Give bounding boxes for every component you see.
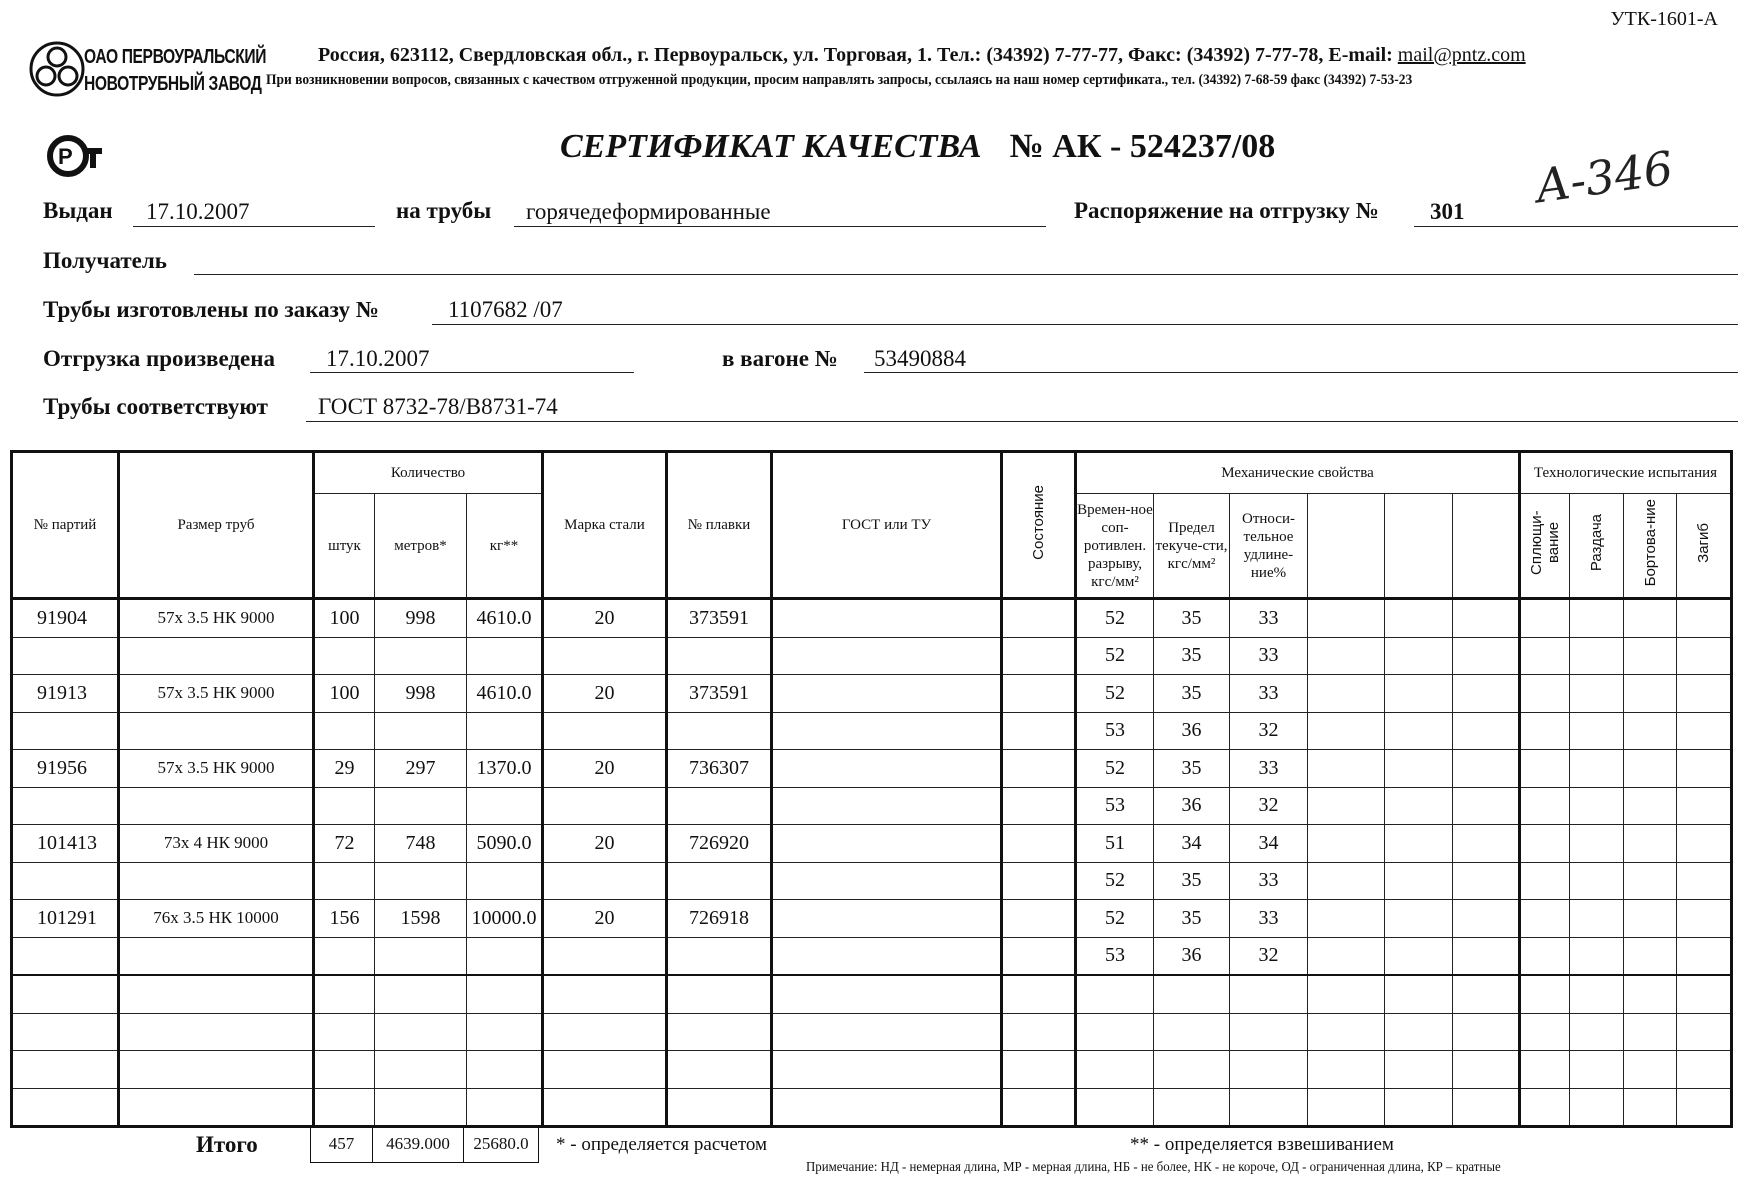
cell-size xyxy=(119,862,314,900)
cell-e3 xyxy=(1453,712,1520,750)
cell-cond xyxy=(1002,900,1076,938)
header-meters: метров* xyxy=(375,494,467,599)
wagon-label: в вагоне № xyxy=(722,346,838,372)
header-empty xyxy=(1308,494,1385,599)
cell-e3 xyxy=(1453,1051,1520,1089)
cell-elong: 33 xyxy=(1230,675,1308,713)
cell-tensile: 53 xyxy=(1076,712,1154,750)
cell-kg: 4610.0 xyxy=(467,675,543,713)
cell-kg: 1370.0 xyxy=(467,750,543,788)
cell-pcs xyxy=(314,1088,375,1127)
cell-t1 xyxy=(1520,862,1570,900)
issued-label: Выдан xyxy=(43,198,113,224)
cell-t4 xyxy=(1677,637,1732,675)
cell-yield: 35 xyxy=(1154,750,1230,788)
cell-t3 xyxy=(1624,1051,1677,1089)
cell-gost xyxy=(772,937,1002,975)
cell-batch xyxy=(12,787,119,825)
cell-pcs xyxy=(314,975,375,1013)
cell-heat: 726920 xyxy=(667,825,772,863)
cell-meters xyxy=(375,1088,467,1127)
cell-heat xyxy=(667,975,772,1013)
made-by-order-field[interactable]: 1107682 /07 xyxy=(448,297,563,323)
cell-meters xyxy=(375,787,467,825)
cell-t4 xyxy=(1677,975,1732,1013)
footnote-calculated: * - определяется расчетом xyxy=(556,1134,767,1156)
header-pcs: штук xyxy=(314,494,375,599)
cell-tensile: 52 xyxy=(1076,900,1154,938)
cell-t1 xyxy=(1520,675,1570,713)
cell-t1 xyxy=(1520,975,1570,1013)
cell-heat xyxy=(667,862,772,900)
cell-t2 xyxy=(1570,975,1624,1013)
cell-e1 xyxy=(1308,862,1385,900)
header-size: Размер труб xyxy=(119,452,314,599)
cell-batch: 91913 xyxy=(12,675,119,713)
cell-tensile: 51 xyxy=(1076,825,1154,863)
cell-batch: 101413 xyxy=(12,825,119,863)
cell-yield: 36 xyxy=(1154,712,1230,750)
cell-t1 xyxy=(1520,787,1570,825)
cell-e2 xyxy=(1385,712,1453,750)
table-row: 9191357x 3.5 НК 90001009984610.020373591… xyxy=(12,675,1732,713)
cell-e1 xyxy=(1308,825,1385,863)
pipes-label: на трубы xyxy=(396,198,491,224)
cell-size: 73x 4 НК 9000 xyxy=(119,825,314,863)
cell-e2 xyxy=(1385,825,1453,863)
cell-cond xyxy=(1002,675,1076,713)
cell-t2 xyxy=(1570,637,1624,675)
cell-gost xyxy=(772,900,1002,938)
cell-pcs xyxy=(314,937,375,975)
cell-cond xyxy=(1002,862,1076,900)
cell-t3 xyxy=(1624,825,1677,863)
table-row: 523533 xyxy=(12,862,1732,900)
cell-elong: 33 xyxy=(1230,750,1308,788)
cell-t2 xyxy=(1570,1051,1624,1089)
cell-yield: 35 xyxy=(1154,599,1230,638)
cell-e2 xyxy=(1385,1088,1453,1127)
cell-steel: 20 xyxy=(543,599,667,638)
cell-kg xyxy=(467,787,543,825)
cell-batch xyxy=(12,937,119,975)
pntz-logo-icon xyxy=(28,40,86,98)
cell-pcs xyxy=(314,712,375,750)
cell-e1 xyxy=(1308,900,1385,938)
cell-e1 xyxy=(1308,1051,1385,1089)
cell-kg xyxy=(467,1051,543,1089)
cell-size: 57x 3.5 НК 9000 xyxy=(119,750,314,788)
cell-t3 xyxy=(1624,750,1677,788)
cell-t3 xyxy=(1624,599,1677,638)
cell-e3 xyxy=(1453,862,1520,900)
cell-yield xyxy=(1154,975,1230,1013)
header-heat: № плавки xyxy=(667,452,772,599)
cell-e2 xyxy=(1385,1051,1453,1089)
header-elongation: Относи-тельное удлине-ние% xyxy=(1230,494,1308,599)
conform-label: Трубы соответствуют xyxy=(43,394,268,420)
conform-field[interactable]: ГОСТ 8732-78/В8731-74 xyxy=(318,394,558,420)
cell-t4 xyxy=(1677,1088,1732,1127)
cell-size xyxy=(119,1013,314,1051)
footnote-note: Примечание: НД - немерная длина, МР - ме… xyxy=(806,1160,1501,1176)
cell-t4 xyxy=(1677,599,1732,638)
cell-t1 xyxy=(1520,637,1570,675)
cell-kg: 10000.0 xyxy=(467,900,543,938)
cell-steel xyxy=(543,1088,667,1127)
cell-steel xyxy=(543,637,667,675)
footnote-weighed: ** - определяется взвешиванием xyxy=(1130,1134,1394,1156)
cell-batch xyxy=(12,975,119,1013)
cell-t3 xyxy=(1624,937,1677,975)
cell-steel xyxy=(543,975,667,1013)
cell-size xyxy=(119,637,314,675)
cell-t1 xyxy=(1520,937,1570,975)
form-code: УТК-1601-А xyxy=(1611,8,1718,31)
cell-t2 xyxy=(1570,1088,1624,1127)
cell-t1 xyxy=(1520,825,1570,863)
cell-t2 xyxy=(1570,712,1624,750)
cell-cond xyxy=(1002,1051,1076,1089)
total-meters: 4639.000 xyxy=(373,1126,464,1163)
header-empty xyxy=(1385,494,1453,599)
cell-size xyxy=(119,712,314,750)
cell-pcs: 100 xyxy=(314,675,375,713)
cell-elong xyxy=(1230,1088,1308,1127)
cell-cond xyxy=(1002,975,1076,1013)
cell-kg xyxy=(467,1088,543,1127)
cell-elong xyxy=(1230,975,1308,1013)
cell-kg xyxy=(467,975,543,1013)
cell-steel: 20 xyxy=(543,750,667,788)
cell-meters: 998 xyxy=(375,599,467,638)
cell-elong: 33 xyxy=(1230,862,1308,900)
cell-elong: 33 xyxy=(1230,900,1308,938)
cell-t4 xyxy=(1677,900,1732,938)
cell-t2 xyxy=(1570,750,1624,788)
cell-e3 xyxy=(1453,599,1520,638)
cell-t3 xyxy=(1624,900,1677,938)
cell-tensile xyxy=(1076,1088,1154,1127)
cell-heat: 373591 xyxy=(667,599,772,638)
cell-pcs: 29 xyxy=(314,750,375,788)
cell-heat xyxy=(667,1088,772,1127)
cell-batch xyxy=(12,712,119,750)
cell-elong: 32 xyxy=(1230,712,1308,750)
header-steel: Марка стали xyxy=(543,452,667,599)
cell-gost xyxy=(772,750,1002,788)
cell-t4 xyxy=(1677,750,1732,788)
cell-e2 xyxy=(1385,675,1453,713)
svg-text:P: P xyxy=(58,144,73,169)
cell-e1 xyxy=(1308,637,1385,675)
cell-heat xyxy=(667,787,772,825)
cell-e3 xyxy=(1453,637,1520,675)
cell-e3 xyxy=(1453,1088,1520,1127)
cell-e2 xyxy=(1385,599,1453,638)
recipient-label: Получатель xyxy=(43,248,167,274)
header-tensile: Времен-ное соп-ротивлен. разрыву, кгс/мм… xyxy=(1076,494,1154,599)
cell-size: 57x 3.5 НК 9000 xyxy=(119,675,314,713)
cell-t1 xyxy=(1520,599,1570,638)
table-row xyxy=(12,1013,1732,1051)
cell-batch xyxy=(12,637,119,675)
cell-gost xyxy=(772,825,1002,863)
cell-batch: 101291 xyxy=(12,900,119,938)
company-address: Россия, 623112, Свердловская обл., г. Пе… xyxy=(318,44,1526,67)
table-row: 10141373x 4 НК 9000727485090.02072692051… xyxy=(12,825,1732,863)
cell-cond xyxy=(1002,937,1076,975)
cell-t3 xyxy=(1624,862,1677,900)
cell-size xyxy=(119,1088,314,1127)
cell-meters xyxy=(375,975,467,1013)
cell-t2 xyxy=(1570,1013,1624,1051)
cell-e3 xyxy=(1453,675,1520,713)
pipes-field[interactable]: горячедеформированные xyxy=(526,199,771,225)
cell-tensile: 53 xyxy=(1076,787,1154,825)
totals-label: Итого xyxy=(196,1132,258,1158)
cell-batch: 91956 xyxy=(12,750,119,788)
cell-steel xyxy=(543,937,667,975)
table-row: 533632 xyxy=(12,712,1732,750)
cell-gost xyxy=(772,1088,1002,1127)
cell-kg xyxy=(467,862,543,900)
header-bend: Загиб xyxy=(1677,494,1732,599)
cell-steel xyxy=(543,1013,667,1051)
table-row: 533632 xyxy=(12,937,1732,975)
cell-e1 xyxy=(1308,787,1385,825)
cell-e2 xyxy=(1385,787,1453,825)
cell-meters xyxy=(375,862,467,900)
certificate-number: № АК - 524237/08 xyxy=(1010,128,1276,165)
cell-kg: 4610.0 xyxy=(467,599,543,638)
cell-e2 xyxy=(1385,937,1453,975)
cell-heat: 373591 xyxy=(667,675,772,713)
cell-steel xyxy=(543,787,667,825)
table-body: 9190457x 3.5 НК 90001009984610.020373591… xyxy=(12,599,1732,1127)
cell-elong xyxy=(1230,1013,1308,1051)
cell-batch: 91904 xyxy=(12,599,119,638)
cell-gost xyxy=(772,975,1002,1013)
cell-e2 xyxy=(1385,975,1453,1013)
cell-yield: 35 xyxy=(1154,637,1230,675)
issued-field[interactable]: 17.10.2007 xyxy=(146,199,250,225)
cell-yield: 35 xyxy=(1154,862,1230,900)
cell-e1 xyxy=(1308,712,1385,750)
cell-tensile xyxy=(1076,975,1154,1013)
cell-t3 xyxy=(1624,712,1677,750)
total-pcs: 457 xyxy=(311,1126,373,1163)
cell-kg xyxy=(467,637,543,675)
header-flanging: Бортова-ние xyxy=(1624,494,1677,599)
cell-tensile: 52 xyxy=(1076,862,1154,900)
cell-tensile: 52 xyxy=(1076,599,1154,638)
cell-pcs: 156 xyxy=(314,900,375,938)
cell-t1 xyxy=(1520,900,1570,938)
cell-meters xyxy=(375,937,467,975)
cell-heat xyxy=(667,637,772,675)
cell-gost xyxy=(772,787,1002,825)
cell-pcs xyxy=(314,637,375,675)
cell-t1 xyxy=(1520,712,1570,750)
cell-t4 xyxy=(1677,937,1732,975)
header-expansion: Раздача xyxy=(1570,494,1624,599)
wagon-field[interactable]: 53490884 xyxy=(874,346,966,372)
cell-steel: 20 xyxy=(543,900,667,938)
cell-t3 xyxy=(1624,787,1677,825)
cell-meters: 297 xyxy=(375,750,467,788)
cell-kg xyxy=(467,937,543,975)
header-flattening: Сплющи-вание xyxy=(1520,494,1570,599)
cell-t3 xyxy=(1624,1013,1677,1051)
table-row: 10129176x 3.5 НК 10000156159810000.02072… xyxy=(12,900,1732,938)
cell-t1 xyxy=(1520,1013,1570,1051)
cell-steel: 20 xyxy=(543,825,667,863)
cell-meters: 748 xyxy=(375,825,467,863)
cell-size xyxy=(119,937,314,975)
cell-steel: 20 xyxy=(543,675,667,713)
order-field[interactable]: 301 xyxy=(1430,199,1465,225)
cell-batch xyxy=(12,1051,119,1089)
cell-pcs xyxy=(314,862,375,900)
cell-t2 xyxy=(1570,862,1624,900)
totals-table: 457 4639.000 25680.0 xyxy=(310,1125,539,1163)
cell-meters xyxy=(375,1051,467,1089)
cell-steel xyxy=(543,1051,667,1089)
total-kg: 25680.0 xyxy=(464,1126,539,1163)
cell-heat xyxy=(667,1013,772,1051)
cell-size xyxy=(119,787,314,825)
cell-t4 xyxy=(1677,825,1732,863)
cell-yield: 35 xyxy=(1154,675,1230,713)
cell-e3 xyxy=(1453,825,1520,863)
cell-e1 xyxy=(1308,1088,1385,1127)
cell-meters xyxy=(375,1013,467,1051)
cell-yield: 35 xyxy=(1154,900,1230,938)
cell-gost xyxy=(772,862,1002,900)
cell-t2 xyxy=(1570,825,1624,863)
shipped-field[interactable]: 17.10.2007 xyxy=(326,346,430,372)
cell-heat: 736307 xyxy=(667,750,772,788)
header-gost: ГОСТ или ТУ xyxy=(772,452,1002,599)
cell-tensile: 52 xyxy=(1076,750,1154,788)
cell-e1 xyxy=(1308,675,1385,713)
cell-heat: 726918 xyxy=(667,900,772,938)
cell-e1 xyxy=(1308,937,1385,975)
cell-t4 xyxy=(1677,712,1732,750)
cell-t1 xyxy=(1520,1051,1570,1089)
cell-t1 xyxy=(1520,1088,1570,1127)
header-quantity: Количество xyxy=(314,452,543,494)
header-mechanical: Механические свойства xyxy=(1076,452,1520,494)
cell-yield xyxy=(1154,1088,1230,1127)
cell-gost xyxy=(772,599,1002,638)
cell-e1 xyxy=(1308,1013,1385,1051)
cell-pcs xyxy=(314,787,375,825)
cell-e1 xyxy=(1308,750,1385,788)
cell-e2 xyxy=(1385,1013,1453,1051)
cell-steel xyxy=(543,712,667,750)
cell-heat xyxy=(667,712,772,750)
cell-size: 76x 3.5 НК 10000 xyxy=(119,900,314,938)
cell-meters: 998 xyxy=(375,675,467,713)
header-empty xyxy=(1453,494,1520,599)
cell-elong: 33 xyxy=(1230,599,1308,638)
table-row: 523533 xyxy=(12,637,1732,675)
cell-elong: 32 xyxy=(1230,937,1308,975)
email-link[interactable]: mail@pntz.com xyxy=(1398,44,1526,66)
header-batch: № партий xyxy=(12,452,119,599)
header-yield: Предел текуче-сти, кгс/мм² xyxy=(1154,494,1230,599)
cell-batch xyxy=(12,862,119,900)
cell-t2 xyxy=(1570,937,1624,975)
cell-t4 xyxy=(1677,862,1732,900)
cell-e2 xyxy=(1385,637,1453,675)
cell-heat xyxy=(667,937,772,975)
cell-e2 xyxy=(1385,862,1453,900)
cell-cond xyxy=(1002,750,1076,788)
cell-cond xyxy=(1002,1088,1076,1127)
cell-meters: 1598 xyxy=(375,900,467,938)
cell-elong: 33 xyxy=(1230,637,1308,675)
cell-e2 xyxy=(1385,900,1453,938)
cell-e2 xyxy=(1385,750,1453,788)
cell-elong: 34 xyxy=(1230,825,1308,863)
cell-meters xyxy=(375,712,467,750)
cell-e3 xyxy=(1453,937,1520,975)
cell-tensile: 53 xyxy=(1076,937,1154,975)
table-row xyxy=(12,975,1732,1013)
cell-t2 xyxy=(1570,675,1624,713)
cell-steel xyxy=(543,862,667,900)
cell-gost xyxy=(772,675,1002,713)
cell-yield xyxy=(1154,1051,1230,1089)
cell-meters xyxy=(375,637,467,675)
cell-t4 xyxy=(1677,675,1732,713)
certification-mark-icon: P xyxy=(38,118,110,190)
shipped-label: Отгрузка произведена xyxy=(43,346,275,372)
cell-e1 xyxy=(1308,599,1385,638)
cell-t3 xyxy=(1624,675,1677,713)
cell-batch xyxy=(12,1088,119,1127)
page-title: СЕРТИФИКАТ КАЧЕСТВА№ АК - 524237/08 xyxy=(560,128,1275,166)
cell-gost xyxy=(772,637,1002,675)
cell-e3 xyxy=(1453,787,1520,825)
cell-cond xyxy=(1002,787,1076,825)
cell-cond xyxy=(1002,712,1076,750)
cell-t3 xyxy=(1624,637,1677,675)
cell-cond xyxy=(1002,637,1076,675)
cell-tensile: 52 xyxy=(1076,637,1154,675)
cell-e3 xyxy=(1453,750,1520,788)
cell-yield: 36 xyxy=(1154,937,1230,975)
quality-table: № партий Размер труб Количество Марка ст… xyxy=(10,450,1733,1128)
cell-t2 xyxy=(1570,787,1624,825)
company-name: ОАО ПЕРВОУРАЛЬСКИЙ НОВОТРУБНЫЙ ЗАВОД xyxy=(84,44,266,98)
cell-heat xyxy=(667,1051,772,1089)
cell-pcs xyxy=(314,1013,375,1051)
order-label: Распоряжение на отгрузку № xyxy=(1074,198,1379,224)
cell-t3 xyxy=(1624,1088,1677,1127)
cell-gost xyxy=(772,1051,1002,1089)
cell-pcs xyxy=(314,1051,375,1089)
cell-yield: 36 xyxy=(1154,787,1230,825)
cell-e3 xyxy=(1453,975,1520,1013)
cell-e3 xyxy=(1453,1013,1520,1051)
cell-t2 xyxy=(1570,900,1624,938)
table-row: 533632 xyxy=(12,787,1732,825)
handwritten-note: А-346 xyxy=(1532,141,1676,214)
